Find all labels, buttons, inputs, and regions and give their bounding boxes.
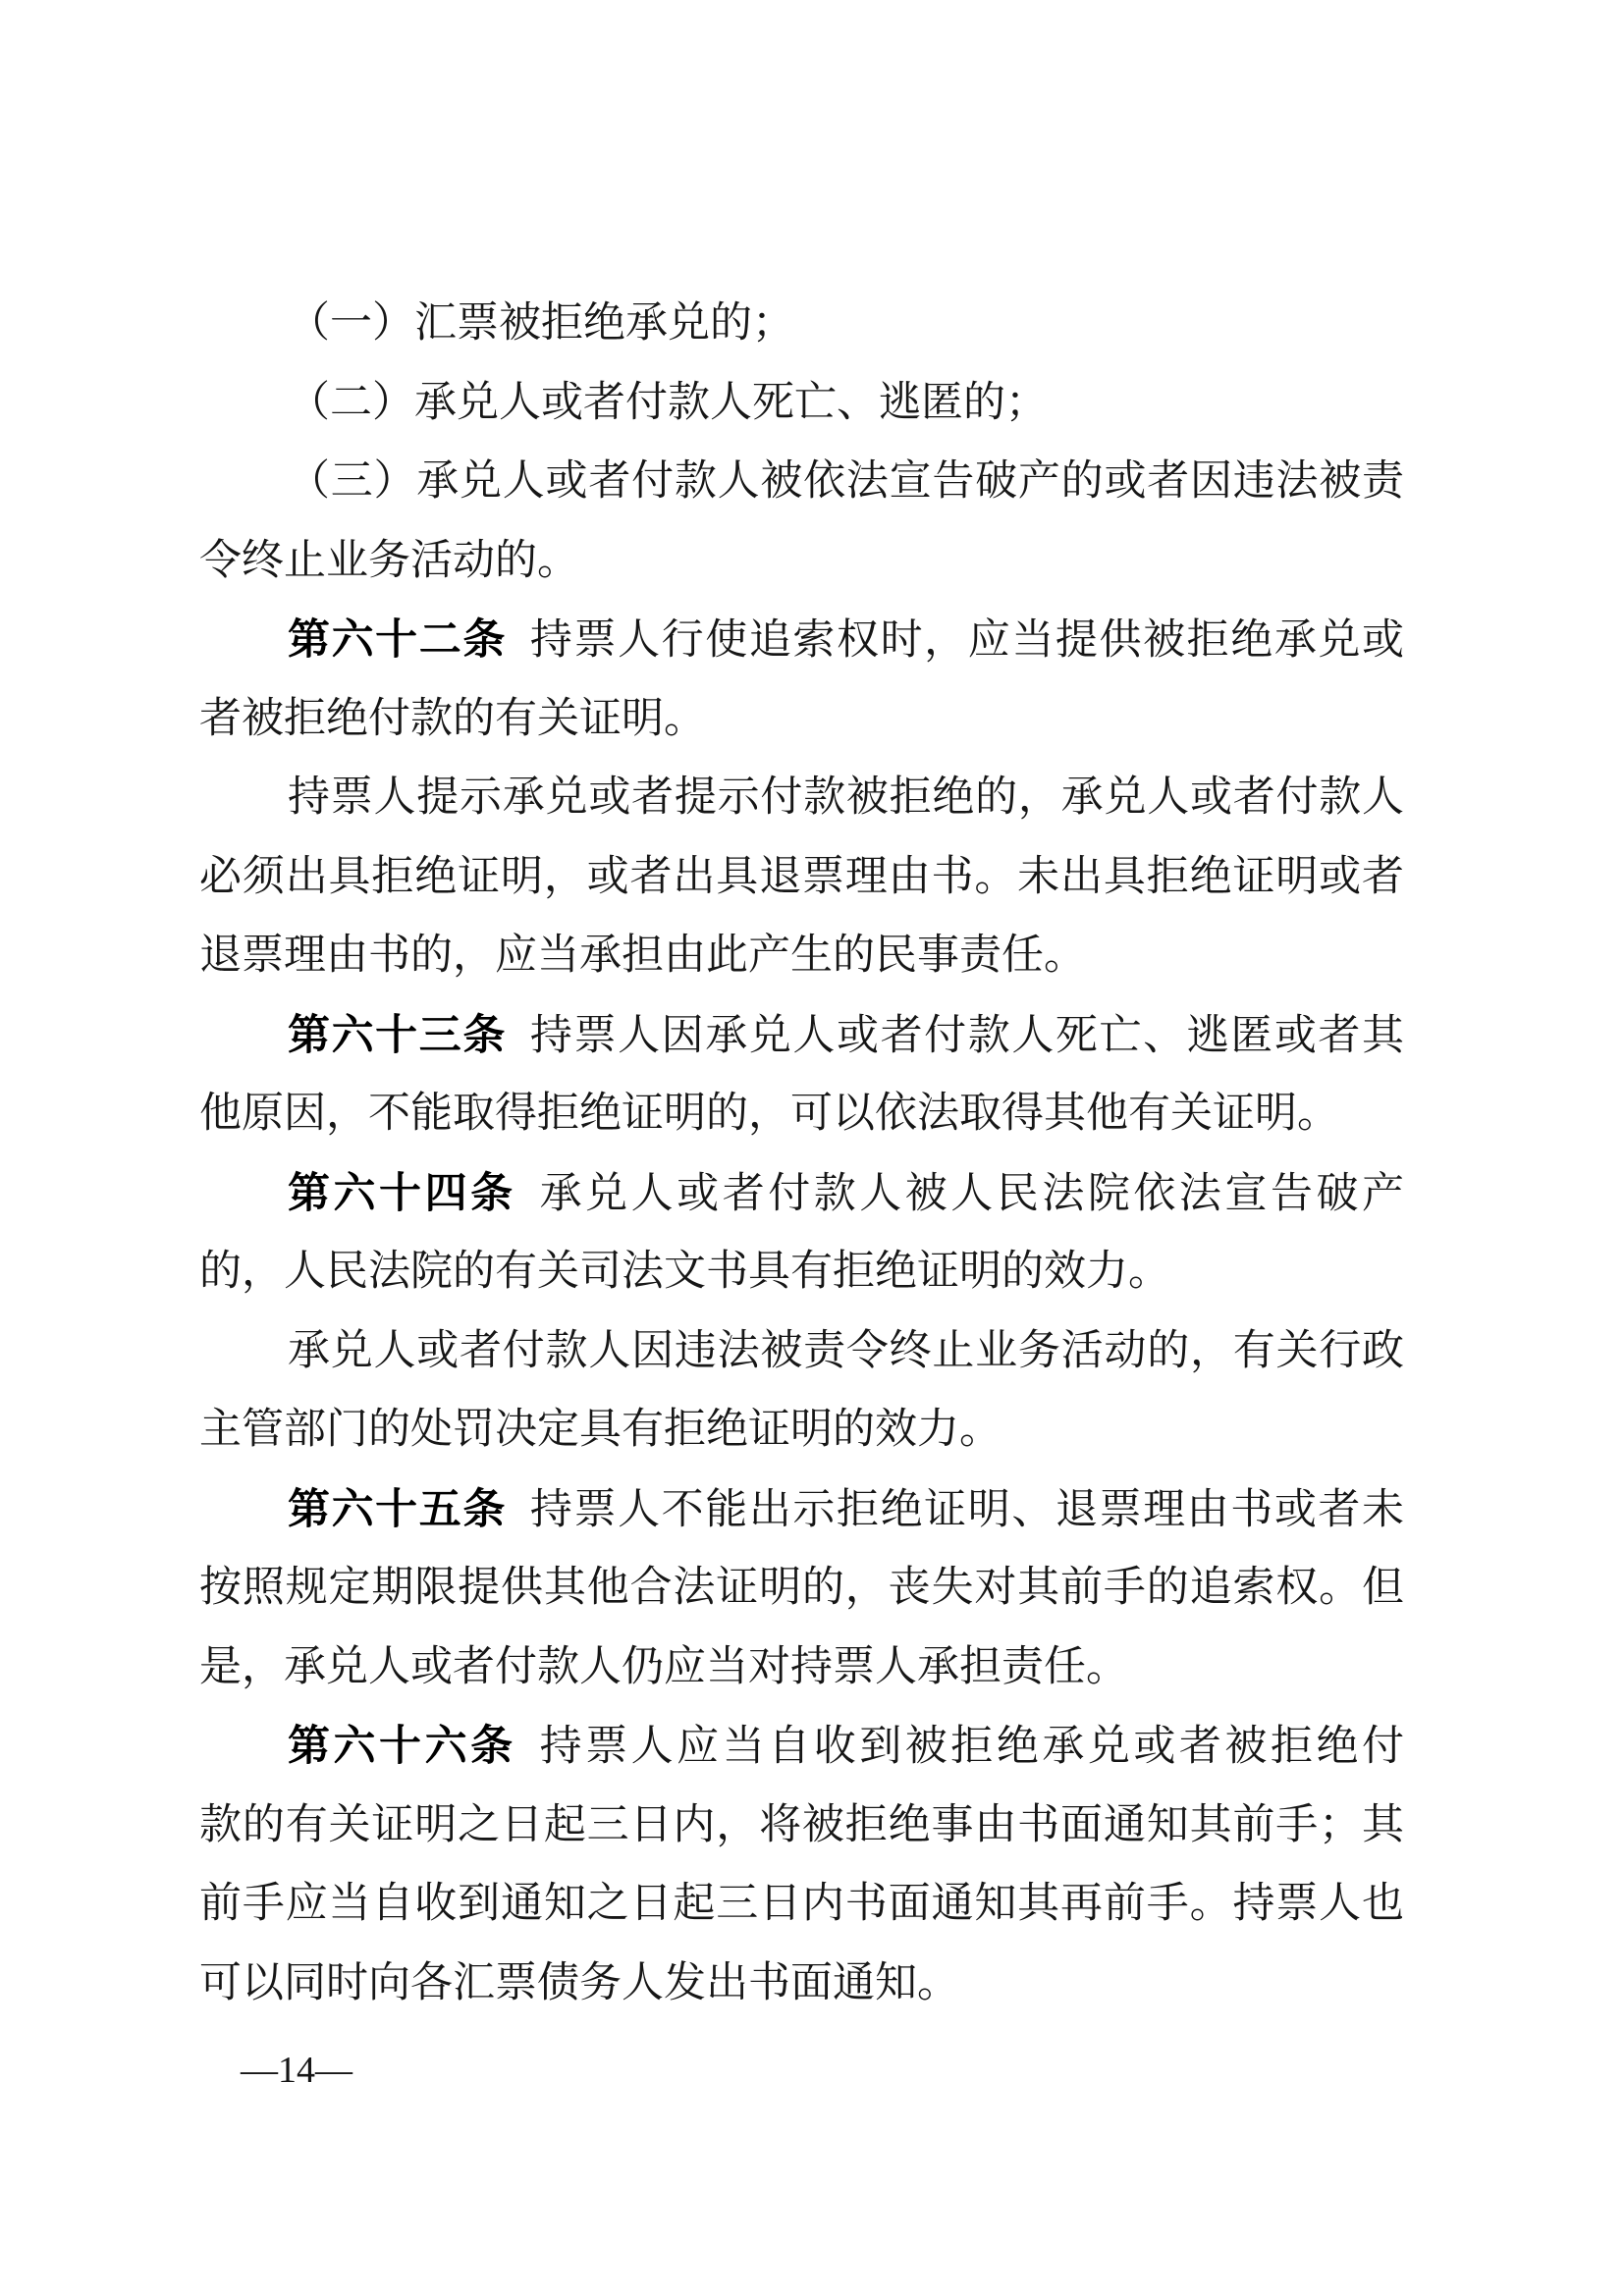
line-text: 持票人应当自收到被拒绝承兑或者被拒绝付 [540, 1724, 1404, 1770]
article-number: 第六十六条 [288, 1723, 516, 1770]
text-line: 退票理由书的，应当承担由此产生的民事责任。 [199, 917, 1404, 996]
text-line: 的，人民法院的有关司法文书具有拒绝证明的效力。 [199, 1233, 1404, 1312]
page-number: —14— [199, 2048, 352, 2093]
text-line: 第六十六条持票人应当自收到被拒绝承兑或者被拒绝付 [199, 1707, 1404, 1787]
line-text: 必须出具拒绝证明，或者出具退票理由书。未出具拒绝证明或者 [199, 854, 1404, 900]
text-line: 主管部门的处罚决定具有拒绝证明的效力。 [199, 1391, 1404, 1470]
line-text: 持票人不能出示拒绝证明、退票理由书或者未 [530, 1487, 1404, 1533]
text-line: 前手应当自收到通知之日起三日内书面通知其再前手。持票人也 [199, 1865, 1404, 1945]
text-line: 第六十四条承兑人或者付款人被人民法院依法宣告破产 [199, 1154, 1404, 1234]
text-line: 必须出具拒绝证明，或者出具退票理由书。未出具拒绝证明或者 [199, 838, 1404, 918]
text-line: 承兑人或者付款人因违法被责令终止业务活动的，有关行政 [199, 1312, 1404, 1392]
line-text: 承兑人或者付款人被人民法院依法宣告破产 [540, 1171, 1404, 1217]
line-text: 持票人行使追索权时，应当提供被拒绝承兑或 [530, 617, 1404, 664]
text-line: 他原因，不能取得拒绝证明的，可以依法取得其他有关证明。 [199, 1075, 1404, 1154]
line-text: 退票理由书的，应当承担由此产生的民事责任。 [199, 933, 1086, 979]
line-text: 他原因，不能取得拒绝证明的，可以依法取得其他有关证明。 [199, 1091, 1339, 1137]
text-line: 款的有关证明之日起三日内，将被拒绝事由书面通知其前手；其 [199, 1787, 1404, 1866]
line-text: 主管部门的处罚决定具有拒绝证明的效力。 [199, 1407, 1001, 1453]
article-number: 第六十三条 [288, 1012, 507, 1059]
text-line: 持票人提示承兑或者提示付款被拒绝的，承兑人或者付款人 [199, 759, 1404, 838]
line-text: 款的有关证明之日起三日内，将被拒绝事由书面通知其前手；其 [199, 1802, 1404, 1848]
text-line: （二）承兑人或者付款人死亡、逃匿的； [199, 364, 1404, 444]
article-number: 第六十二条 [288, 616, 507, 664]
text-line: （三）承兑人或者付款人被依法宣告破产的或者因违法被责 [199, 443, 1404, 522]
line-text: （一）汇票被拒绝承兑的； [288, 300, 794, 347]
text-line: （一）汇票被拒绝承兑的； [199, 285, 1404, 364]
line-text: 是，承兑人或者付款人仍应当对持票人承担责任。 [199, 1644, 1128, 1690]
text-line: 者被拒绝付款的有关证明。 [199, 680, 1404, 760]
line-text: 可以同时向各汇票债务人发出书面通知。 [199, 1960, 959, 2006]
text-line: 是，承兑人或者付款人仍应当对持票人承担责任。 [199, 1629, 1404, 1708]
text-line: 第六十二条持票人行使追索权时，应当提供被拒绝承兑或 [199, 601, 1404, 680]
text-line: 可以同时向各汇票债务人发出书面通知。 [199, 1945, 1404, 2024]
line-text: 承兑人或者付款人因违法被责令终止业务活动的，有关行政 [288, 1328, 1404, 1374]
page-body-text: （一）汇票被拒绝承兑的；（二）承兑人或者付款人死亡、逃匿的；（三）承兑人或者付款… [199, 285, 1404, 2023]
line-text: 持票人因承兑人或者付款人死亡、逃匿或者其 [530, 1013, 1404, 1059]
line-text: 的，人民法院的有关司法文书具有拒绝证明的效力。 [199, 1249, 1170, 1295]
document-page: （一）汇票被拒绝承兑的；（二）承兑人或者付款人死亡、逃匿的；（三）承兑人或者付款… [0, 0, 1624, 2296]
text-line: 第六十三条持票人因承兑人或者付款人死亡、逃匿或者其 [199, 996, 1404, 1076]
line-text: 按照规定期限提供其他合法证明的，丧失对其前手的追索权。但 [199, 1565, 1404, 1611]
article-number: 第六十四条 [288, 1170, 516, 1217]
article-number: 第六十五条 [288, 1486, 507, 1533]
line-text: 者被拒绝付款的有关证明。 [199, 696, 706, 742]
text-line: 令终止业务活动的。 [199, 522, 1404, 602]
line-text: （三）承兑人或者付款人被依法宣告破产的或者因违法被责 [288, 458, 1404, 505]
text-line: 第六十五条持票人不能出示拒绝证明、退票理由书或者未 [199, 1470, 1404, 1550]
line-text: 前手应当自收到通知之日起三日内书面通知其再前手。持票人也 [199, 1881, 1404, 1927]
text-line: 按照规定期限提供其他合法证明的，丧失对其前手的追索权。但 [199, 1549, 1404, 1629]
line-text: 令终止业务活动的。 [199, 538, 579, 584]
line-text: 持票人提示承兑或者提示付款被拒绝的，承兑人或者付款人 [288, 774, 1404, 821]
line-text: （二）承兑人或者付款人死亡、逃匿的； [288, 380, 1048, 426]
